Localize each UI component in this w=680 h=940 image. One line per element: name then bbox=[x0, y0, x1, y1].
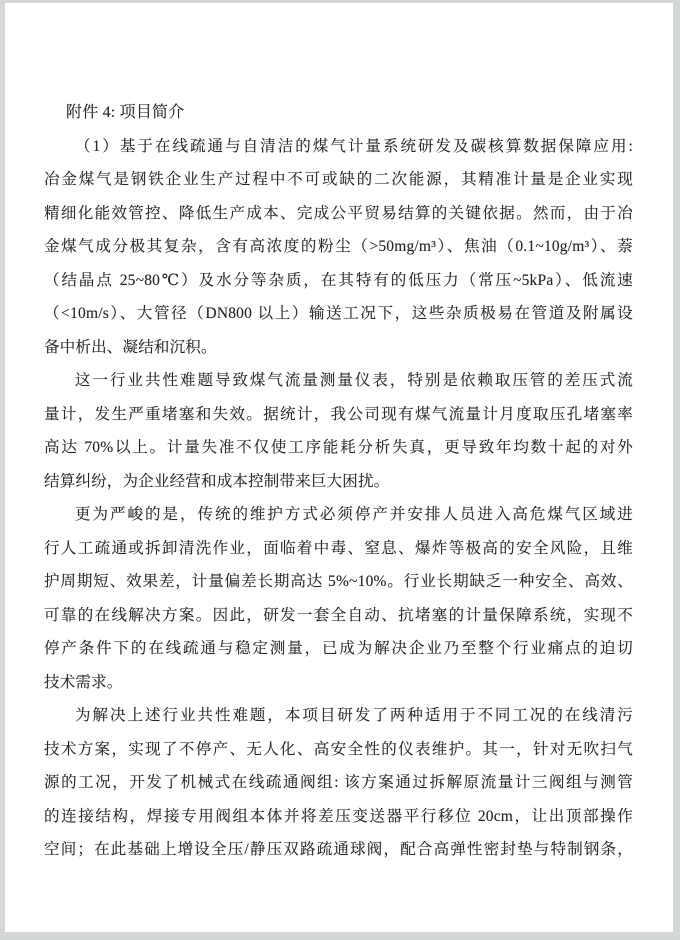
text-line: 停产条件下的在线疏通与稳定测量，已成为解决企业乃至整个行业痛点的迫切 bbox=[44, 632, 633, 666]
text-line: （结晶点 25~80℃）及水分等杂质，在其特有的低压力（常压~5kPa）、低流速 bbox=[44, 264, 633, 298]
text-line: 精细化能效管控、降低生产成本、完成公平贸易结算的关键依据。然而，由于冶 bbox=[44, 197, 633, 231]
text-line: 技术方案，实现了不停产、无人化、高安全性的仪表维护。其一，针对无吹扫气 bbox=[44, 733, 633, 767]
text-line: 空间；在此基础上增设全压/静压双路疏通球阀，配合高弹性密封垫与特制钢条， bbox=[44, 833, 633, 867]
text-line: 为解决上述行业共性难题，本项目研发了两种适用于不同工况的在线清污 bbox=[44, 699, 633, 733]
text-line: （<10m/s）、大管径（DN800 以上）输送工况下，这些杂质极易在管道及附属… bbox=[44, 297, 633, 331]
text-line: 更为严峻的是，传统的维护方式必须停产并安排人员进入高危煤气区域进 bbox=[44, 498, 633, 532]
document-page: 附件 4: 项目简介 （1）基于在线疏通与自清洁的煤气计量系统研发及碳核算数据保… bbox=[5, 3, 673, 932]
text-line: 金煤气成分极其复杂，含有高浓度的粉尘（>50mg/m³）、焦油（0.1~10g/… bbox=[44, 230, 633, 264]
text-line: 行人工疏通或拆卸清洗作业，面临着中毒、窒息、爆炸等极高的安全风险，且维 bbox=[44, 532, 633, 566]
text-line: 结算纠纷，为企业经营和成本控制带来巨大困扰。 bbox=[44, 465, 633, 499]
document-lines: （1）基于在线疏通与自清洁的煤气计量系统研发及碳核算数据保障应用:冶金煤气是钢铁… bbox=[44, 130, 633, 867]
text-line: 这一行业共性难题导致煤气流量测量仪表，特别是依赖取压管的差压式流 bbox=[44, 364, 633, 398]
text-line: 可靠的在线解决方案。因此，研发一套全自动、抗堵塞的计量保障系统，实现不 bbox=[44, 599, 633, 633]
text-line: 的连接结构，焊接专用阀组本体并将差压变送器平行移位 20cm，让出顶部操作 bbox=[44, 800, 633, 834]
text-line: 备中析出、凝结和沉积。 bbox=[44, 331, 633, 365]
text-line: 量计，发生严重堵塞和失效。据统计，我公司现有煤气流量计月度取压孔堵塞率 bbox=[44, 398, 633, 432]
text-line: 护周期短、效果差，计量偏差长期高达 5%~10%。行业长期缺乏一种安全、高效、 bbox=[44, 565, 633, 599]
text-line: （1）基于在线疏通与自清洁的煤气计量系统研发及碳核算数据保障应用: bbox=[44, 130, 633, 164]
page-title: 附件 4: 项目简介 bbox=[44, 96, 633, 130]
text-line: 冶金煤气是钢铁企业生产过程中不可或缺的二次能源，其精准计量是企业实现 bbox=[44, 163, 633, 197]
text-line: 源的工况，开发了机械式在线疏通阀组: 该方案通过拆解原流量计三阀组与测管 bbox=[44, 766, 633, 800]
document-content: 附件 4: 项目简介 （1）基于在线疏通与自清洁的煤气计量系统研发及碳核算数据保… bbox=[44, 96, 633, 867]
text-line: 技术需求。 bbox=[44, 666, 633, 700]
text-line: 高达 70%以上。计量失准不仅使工序能耗分析失真，更导致年均数十起的对外 bbox=[44, 431, 633, 465]
